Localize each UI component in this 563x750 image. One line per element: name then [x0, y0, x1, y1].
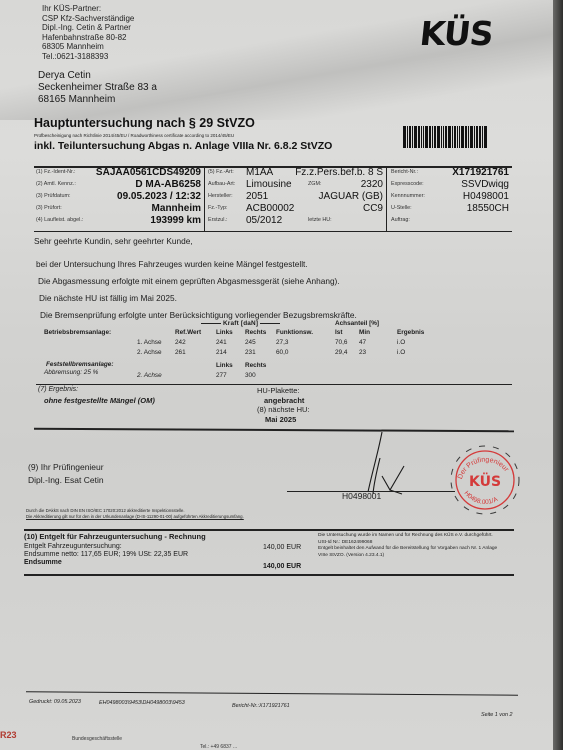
- vehicle-field: (3) Prüfdatum:09.05.2023 / 12:32: [34, 190, 204, 202]
- field-label: Aufbau-Art:: [206, 181, 235, 187]
- vehicle-field: Fz.z.Pers.bef.b. 8 S: [284, 166, 386, 178]
- barcode-bar: [476, 126, 478, 148]
- barcode-bar: [412, 126, 413, 148]
- col-ergebnis: Ergebnis: [397, 329, 424, 336]
- next-hu-value: Mai 2025: [257, 415, 377, 425]
- barcode-bar: [443, 126, 444, 148]
- fee-note-line: VIIIe StVZO. (Version 4.23.4.1): [318, 553, 548, 560]
- field-label: Expresscode:: [389, 181, 424, 187]
- col-ref: Ref.Wert: [175, 329, 201, 336]
- parking-col-links: Links: [216, 362, 233, 369]
- partner-line: Tel.:0621-3188393: [42, 52, 134, 62]
- vehicle-field: U-Stelle:18550CH: [389, 202, 512, 214]
- field-value: D MA-AB6258: [135, 179, 201, 190]
- brake-cell-ergebnis: i.O: [397, 349, 405, 356]
- field-value: X171921761: [452, 167, 509, 178]
- col-min: Min: [359, 329, 370, 336]
- axle-share-header: Achsanteil [%]: [335, 320, 379, 327]
- parking-links: 277: [216, 372, 227, 379]
- field-value: 2320: [361, 179, 383, 190]
- barcode-bar: [421, 126, 422, 148]
- divider: [24, 529, 514, 531]
- result-label: (7) Ergebnis:: [38, 386, 78, 393]
- barcode-bar: [429, 126, 431, 148]
- field-label: (2) Amtl. Kennz.:: [34, 181, 76, 187]
- col-funktion: Funktionsw.: [276, 329, 313, 336]
- col-ist: Ist: [335, 329, 342, 336]
- field-label: Bericht-Nr.:: [389, 169, 418, 175]
- total-amount: 140,00 EUR: [263, 563, 301, 570]
- engineer-name: Dipl.-Ing. Esat Cetin: [28, 474, 104, 487]
- field-label: letzte HU:: [306, 217, 332, 223]
- inspection-stamp: Der Prüfingenieur H0498.001/A KÜS: [447, 442, 523, 518]
- barcode-bar: [423, 126, 424, 148]
- barcode-bar: [459, 126, 460, 148]
- barcode-bar: [434, 126, 436, 148]
- field-value: 193999 km: [150, 215, 201, 226]
- field-label: Auftrag:: [389, 217, 410, 223]
- barcode-bar: [414, 126, 417, 148]
- field-value: H0498001: [463, 191, 509, 202]
- barcode-bar: [482, 126, 483, 148]
- barcode-bar: [452, 126, 453, 148]
- sticker-value: angebracht: [257, 396, 377, 406]
- partner-line: CSP Kfz-Sachverständige: [42, 14, 134, 24]
- col-rechts: Rechts: [245, 329, 266, 336]
- brake-cell-ref: 261: [175, 349, 186, 356]
- brake-cell-funktion: 60,0: [276, 349, 288, 356]
- barcode-bar: [479, 126, 481, 148]
- parking-brake-deceleration: Abbremsung: 25 %: [44, 369, 98, 376]
- barcode: [403, 126, 507, 148]
- brake-cell-min: 23: [359, 349, 366, 356]
- vehicle-field: (1) Fz.-Ident-Nr.:SAJAA0561CDS49209: [34, 166, 204, 178]
- field-label: (4) Laufleist. abgel.:: [34, 217, 83, 223]
- brake-cell-links: 241: [216, 339, 227, 346]
- footer-report-number: Bericht-Nr.:X171921761: [232, 703, 290, 709]
- barcode-bar: [448, 126, 451, 148]
- barcode-bar: [441, 126, 442, 148]
- field-label: (1) Fz.-Ident-Nr.:: [34, 169, 76, 175]
- engineer-id: H0498001: [342, 491, 381, 501]
- field-label: U-Stelle:: [389, 205, 412, 211]
- force-group-header: Kraft [daN]: [201, 320, 280, 327]
- recipient-address: Derya Cetin Seckenheimer Straße 83 a 681…: [38, 70, 157, 106]
- letter-line: Die Abgasmessung erfolgte mit einem gepr…: [38, 276, 340, 286]
- field-value: 09.05.2023 / 12:32: [117, 191, 201, 202]
- barcode-bar: [465, 126, 467, 148]
- field-label: (3) Prüfort:: [34, 205, 62, 211]
- field-value: Fz.z.Pers.bef.b. 8 S: [295, 167, 383, 178]
- force-group-label: Kraft [daN]: [223, 320, 258, 327]
- field-value: CC9: [363, 203, 383, 214]
- sticker-label: HU-Plakette:: [257, 386, 377, 396]
- letter-line: bei der Untersuchung Ihres Fahrzeuges wu…: [36, 259, 308, 269]
- vehicle-field: Auftrag:: [389, 214, 512, 226]
- vehicle-field: (2) Amtl. Kennz.:D MA-AB6258: [34, 178, 204, 190]
- parking-brake-label: Feststellbremsanlage:: [46, 361, 113, 368]
- vehicle-field: Bericht-Nr.:X171921761: [389, 166, 512, 178]
- total-label: Endsumme: [24, 559, 62, 566]
- vehicle-info-box: (1) Fz.-Ident-Nr.:SAJAA0561CDS49209(2) A…: [34, 166, 512, 231]
- vehicle-field: Expresscode:SSVDwiqg: [389, 178, 512, 190]
- divider: [36, 384, 512, 385]
- barcode-bar: [418, 126, 420, 148]
- divider: [24, 574, 514, 576]
- letter-line: Die nächste HU ist fällig im Mai 2025.: [39, 293, 177, 303]
- field-label: Erstzul.:: [206, 217, 227, 223]
- field-value: M1AA: [246, 167, 273, 178]
- svg-text:KÜS: KÜS: [469, 472, 501, 490]
- field-value: 18550CH: [467, 203, 509, 214]
- vehicle-field: (3) Prüfort:Mannheim: [34, 202, 204, 214]
- fee-amount: 140,00 EUR: [263, 544, 301, 551]
- field-label: Fz.-Typ:: [206, 205, 227, 211]
- barcode-bar: [474, 126, 475, 148]
- brake-cell-axle: 2. Achse: [137, 349, 162, 356]
- hu-sticker-block: HU-Plakette: angebracht (8) nächste HU: …: [257, 386, 377, 424]
- vehicle-field: (4) Laufleist. abgel.:193999 km: [34, 214, 204, 226]
- divider: [26, 691, 518, 695]
- parking-col-rechts: Rechts: [245, 362, 266, 369]
- brake-cell-rechts: 245: [245, 339, 256, 346]
- signature: [360, 428, 420, 498]
- vehicle-field: ZGM:2320: [284, 178, 386, 190]
- barcode-bar: [454, 126, 456, 148]
- vehicle-field: CC9: [284, 202, 386, 214]
- vehicle-field: Kennnummer:H0498001: [389, 190, 512, 202]
- barcode-bar: [445, 126, 447, 148]
- letter-greeting: Sehr geehrte Kundin, sehr geehrter Kunde…: [34, 236, 193, 246]
- field-label: Kennnummer:: [389, 193, 425, 199]
- document-title-secondary: inkl. Teiluntersuchung Abgas n. Anlage V…: [34, 140, 332, 152]
- service-brake-label: Betriebsbremsanlage:: [44, 329, 111, 336]
- vehicle-field: letzte HU:: [284, 214, 386, 226]
- office-phone: Tel.: +49 6837 ...: [200, 744, 237, 750]
- fee-breakdown: Endsumme netto: 117,65 EUR; 19% USt: 22,…: [24, 551, 188, 558]
- recipient-street: Seckenheimer Straße 83 a: [38, 82, 157, 94]
- parking-axle: 2. Achse: [137, 372, 162, 379]
- partner-line: Hafenbahnstraße 80-82: [42, 33, 134, 43]
- red-tag: R23: [0, 730, 17, 740]
- barcode-bar: [470, 126, 473, 148]
- field-label: Hersteller:: [206, 193, 233, 199]
- partner-line: Dipl.-Ing. Cetin & Partner: [42, 23, 134, 33]
- field-value: SSVDwiqg: [461, 179, 509, 190]
- col-links: Links: [216, 329, 233, 336]
- field-label: (5) Fz.-Art:: [206, 169, 234, 175]
- field-value: SAJAA0561CDS49209: [96, 167, 201, 178]
- barcode-bar: [468, 126, 469, 148]
- barcode-bar: [425, 126, 428, 148]
- background-edge: [553, 0, 563, 750]
- field-value: JAGUAR (GB): [319, 191, 383, 202]
- divider: [34, 231, 512, 232]
- barcode-bar: [437, 126, 440, 148]
- result-value: ohne festgestellte Mängel (OM): [44, 396, 155, 405]
- accreditation-line: Die Akkreditierung gilt nur für den in d…: [26, 514, 244, 520]
- recipient-name: Derya Cetin: [38, 70, 157, 82]
- brake-cell-ist: 70,6: [335, 339, 347, 346]
- brake-cell-ergebnis: i.O: [397, 339, 405, 346]
- engineer-label: (9) Ihr Prüfingenieur: [28, 461, 104, 474]
- barcode-bar: [432, 126, 433, 148]
- barcode-bar: [407, 126, 408, 148]
- divider: [34, 428, 514, 432]
- fee-notes: Die Untersuchung wurde im Namen und für …: [318, 533, 548, 560]
- office-label: Bundesgeschäftsstelle: [72, 736, 122, 742]
- document-subtitle: Prüfbescheinigung nach Richtlinie 2014/4…: [34, 133, 234, 138]
- brake-cell-min: 47: [359, 339, 366, 346]
- brake-cell-ist: 29,4: [335, 349, 347, 356]
- brake-cell-axle: 1. Achse: [137, 339, 162, 346]
- fee-line: Entgelt Fahrzeuguntersuchung:: [24, 543, 122, 550]
- brake-cell-funktion: 27,3: [276, 339, 288, 346]
- barcode-bar: [457, 126, 458, 148]
- partner-heading: Ihr KÜS-Partner:: [42, 4, 134, 14]
- field-value: 05/2012: [246, 215, 282, 226]
- vehicle-field: JAGUAR (GB): [284, 190, 386, 202]
- brake-cell-rechts: 231: [245, 349, 256, 356]
- print-codes: EH0498003\9453\DH0498003\9453: [99, 700, 185, 706]
- document-page: Ihr KÜS-Partner: CSP Kfz-Sachverständige…: [0, 0, 556, 750]
- barcode-bar: [403, 126, 406, 148]
- field-label: (3) Prüfdatum:: [34, 193, 70, 199]
- brake-cell-links: 214: [216, 349, 227, 356]
- recipient-city: 68165 Mannheim: [38, 94, 157, 106]
- accreditation-note: Durch die DAkkS nach DIN EN ISO/IEC 1702…: [26, 508, 244, 520]
- kus-logo: KÜS: [418, 14, 495, 53]
- barcode-bar: [409, 126, 411, 148]
- engineer-block: (9) Ihr Prüfingenieur Dipl.-Ing. Esat Ce…: [28, 461, 104, 486]
- field-value: 2051: [246, 191, 268, 202]
- partner-address: Ihr KÜS-Partner: CSP Kfz-Sachverständige…: [42, 4, 134, 62]
- fee-note-line: Die Untersuchung wurde im Namen und für …: [318, 533, 548, 540]
- brake-test-table: Kraft [daN] Achsanteil [%] Betriebsbrems…: [36, 318, 476, 384]
- field-label: ZGM:: [306, 181, 321, 187]
- barcode-bar: [484, 126, 487, 148]
- print-date: Gedruckt: 09.05.2023: [29, 699, 81, 705]
- document-title: Hauptuntersuchung nach § 29 StVZO: [34, 116, 255, 130]
- page-number: Seite 1 von 2: [481, 712, 512, 718]
- brake-cell-ref: 242: [175, 339, 186, 346]
- partner-line: 68305 Mannheim: [42, 42, 134, 52]
- next-hu-label: (8) nächste HU:: [257, 405, 377, 415]
- field-value: Mannheim: [152, 203, 201, 214]
- parking-rechts: 300: [245, 372, 256, 379]
- barcode-bar: [461, 126, 464, 148]
- fee-title: (10) Entgelt für Fahrzeuguntersuchung - …: [24, 532, 206, 541]
